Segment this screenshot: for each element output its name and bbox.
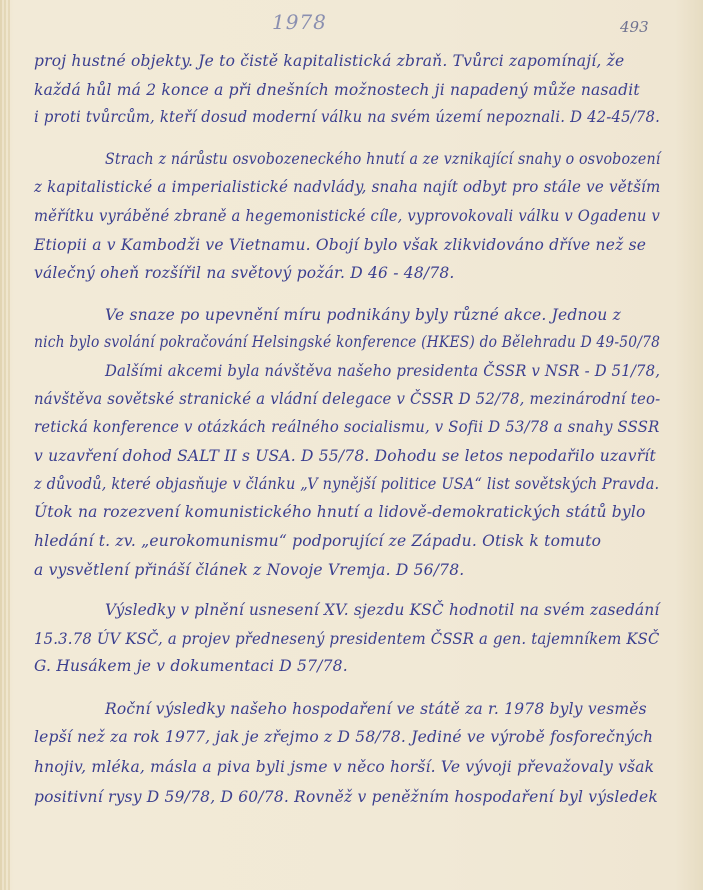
handwritten-line: hnojiv, mléka, másla a piva byli jsme v … xyxy=(34,758,654,776)
handwritten-line: lepší než za rok 1977, jak je zřejmo z D… xyxy=(34,728,653,746)
handwritten-line: proj hustné objekty. Je to čistě kapital… xyxy=(34,52,624,70)
page-number: 493 xyxy=(620,18,649,36)
handwritten-line: Útok na rozezvení komunistického hnutí a… xyxy=(34,503,646,521)
handwritten-line: v uzavření dohod SALT II s USA. D 55/78.… xyxy=(34,447,656,465)
handwritten-line: 15.3.78 ÚV KSČ, a projev přednesený pres… xyxy=(34,630,660,648)
handwritten-line: Roční výsledky našeho hospodaření ve stá… xyxy=(105,700,647,718)
handwritten-line: positivní rysy D 59/78, D 60/78. Rovněž … xyxy=(34,788,658,806)
handwritten-line: z důvodů, které objasňuje v článku „V ny… xyxy=(34,475,659,493)
year-heading: 1978 xyxy=(272,10,327,34)
handwritten-line: Etiopii a v Kambodži ve Vietnamu. Obojí … xyxy=(34,236,646,254)
handwritten-line: Strach z nárůstu osvobozeneckého hnutí a… xyxy=(105,150,660,168)
handwritten-line: válečný oheň rozšířil na světový požár. … xyxy=(34,264,455,282)
handwritten-line: a vysvětlení přináší článek z Novoje Vre… xyxy=(34,561,464,579)
handwritten-line: návštěva sovětské stranické a vládní del… xyxy=(34,390,660,408)
handwritten-line: i proti tvůrcům, kteří dosud moderní vál… xyxy=(34,108,660,126)
handwritten-line: G. Husákem je v dokumentaci D 57/78. xyxy=(34,657,348,675)
handwritten-line: nich bylo svolání pokračování Helsingské… xyxy=(34,333,660,351)
handwritten-line: z kapitalistické a imperialistické nadvl… xyxy=(34,178,661,196)
handwritten-line: měřítku vyráběné zbraně a hegemonistické… xyxy=(34,207,660,225)
handwritten-line: Ve snaze po upevnění míru podnikány byly… xyxy=(105,306,621,324)
handwritten-line: Výsledky v plnění usnesení XV. sjezdu KS… xyxy=(105,601,660,619)
handwritten-line: hledání t. zv. „eurokomunismu“ podporují… xyxy=(34,532,601,550)
handwritten-line: retická konference v otázkách reálného s… xyxy=(34,418,659,436)
handwritten-line: každá hůl má 2 konce a při dnešních možn… xyxy=(34,81,640,99)
handwritten-chronicle-page: 1978 493 proj hustné objekty. Je to čist… xyxy=(0,0,703,890)
handwritten-line: Dalšími akcemi byla návštěva našeho pres… xyxy=(105,362,660,380)
